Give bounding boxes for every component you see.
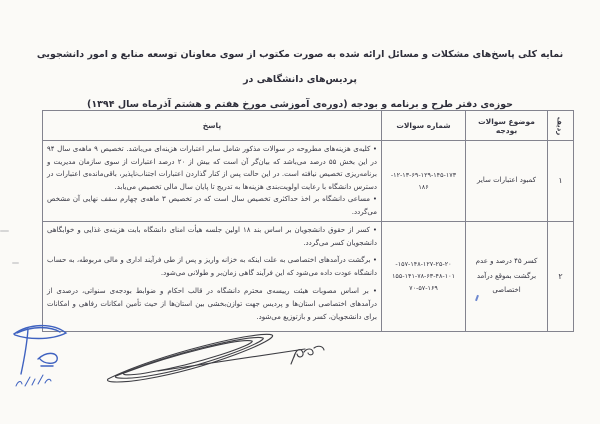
document-title: نمایه کلی پاسخ‌های مشکلات و مسائل ارائه …: [20, 42, 580, 117]
handwritten-date-scribble: [16, 375, 51, 386]
row1-numbers-line1: -۱۲-۱۳-۶۹-۱۲۹-۱۴۵-۱۷۳: [386, 169, 461, 181]
row2-answer-bullet2: برگشت درآمدهای اختصاصی به علت اینکه به خ…: [47, 254, 377, 281]
budget-questions-table: ردیف موضوع سوالات بودجه شماره سوالات پاس…: [42, 110, 574, 332]
row2-answer: کسر از حقوق دانشجویان بر اساس بند ۱۸ اول…: [43, 221, 382, 331]
row1-answer-bullet1: کلیه‌ی هزینه‌های مطروحه در سوالات مذکور …: [47, 143, 377, 193]
header-row-number: ردیف: [548, 111, 574, 141]
table-header-row: ردیف موضوع سوالات بودجه شماره سوالات پاس…: [43, 111, 574, 141]
row1-numbers-line2: ۱۸۶: [386, 181, 461, 193]
row2-answer-bullet1: کسر از حقوق دانشجویان بر اساس بند ۱۸ اول…: [47, 224, 377, 251]
row1-topic: کمبود اعتبارات سایر: [466, 141, 548, 222]
blue-signature-with-date-icon: [8, 320, 80, 394]
row2-numbers-line3: ۷۰-۵۷-۱۶۹: [386, 282, 461, 294]
row2-numbers-line1: -۱۵۷-۱۴۸-۱۲۷-۲۵-۲۰: [386, 258, 461, 270]
title-line-1: نمایه کلی پاسخ‌های مشکلات و مسائل ارائه …: [20, 42, 580, 92]
scan-speck: [0, 230, 9, 232]
row2-numbers-line2: ۱۵۵-۱۴۱-۷۸-۶۳-۴۸-۱۰۱: [386, 270, 461, 282]
row1-answer: کلیه‌ی هزینه‌های مطروحه در سوالات مذکور …: [43, 141, 382, 222]
scan-speck: [12, 262, 19, 264]
row2-index: ۲: [548, 221, 574, 331]
dark-signature-icon: [98, 326, 328, 390]
row2-topic: کسر ۴۵ درصد و عدم برگشت بموقع درآمد اختص…: [466, 221, 548, 331]
row1-answer-bullet2: مساعی دانشگاه بر اخذ حداکثری تخصیص سال ا…: [47, 193, 377, 218]
header-answer: پاسخ: [43, 111, 382, 141]
header-topic: موضوع سوالات بودجه: [466, 111, 548, 141]
header-question-numbers: شماره سوالات: [382, 111, 466, 141]
table-row: ۱ کمبود اعتبارات سایر -۱۲-۱۳-۶۹-۱۲۹-۱۴۵-…: [43, 141, 574, 222]
scanned-document-page: نمایه کلی پاسخ‌های مشکلات و مسائل ارائه …: [0, 0, 600, 424]
row1-index: ۱: [548, 141, 574, 222]
row2-question-numbers: -۱۵۷-۱۴۸-۱۲۷-۲۵-۲۰ ۱۵۵-۱۴۱-۷۸-۶۳-۴۸-۱۰۱ …: [382, 221, 466, 331]
row1-question-numbers: -۱۲-۱۳-۶۹-۱۲۹-۱۴۵-۱۷۳ ۱۸۶: [382, 141, 466, 222]
table-row: ۲ کسر ۴۵ درصد و عدم برگشت بموقع درآمد اخ…: [43, 221, 574, 331]
row2-answer-bullet3: بر اساس مصوبات هیئت رییسه‌ی محترم دانشگا…: [47, 285, 377, 325]
